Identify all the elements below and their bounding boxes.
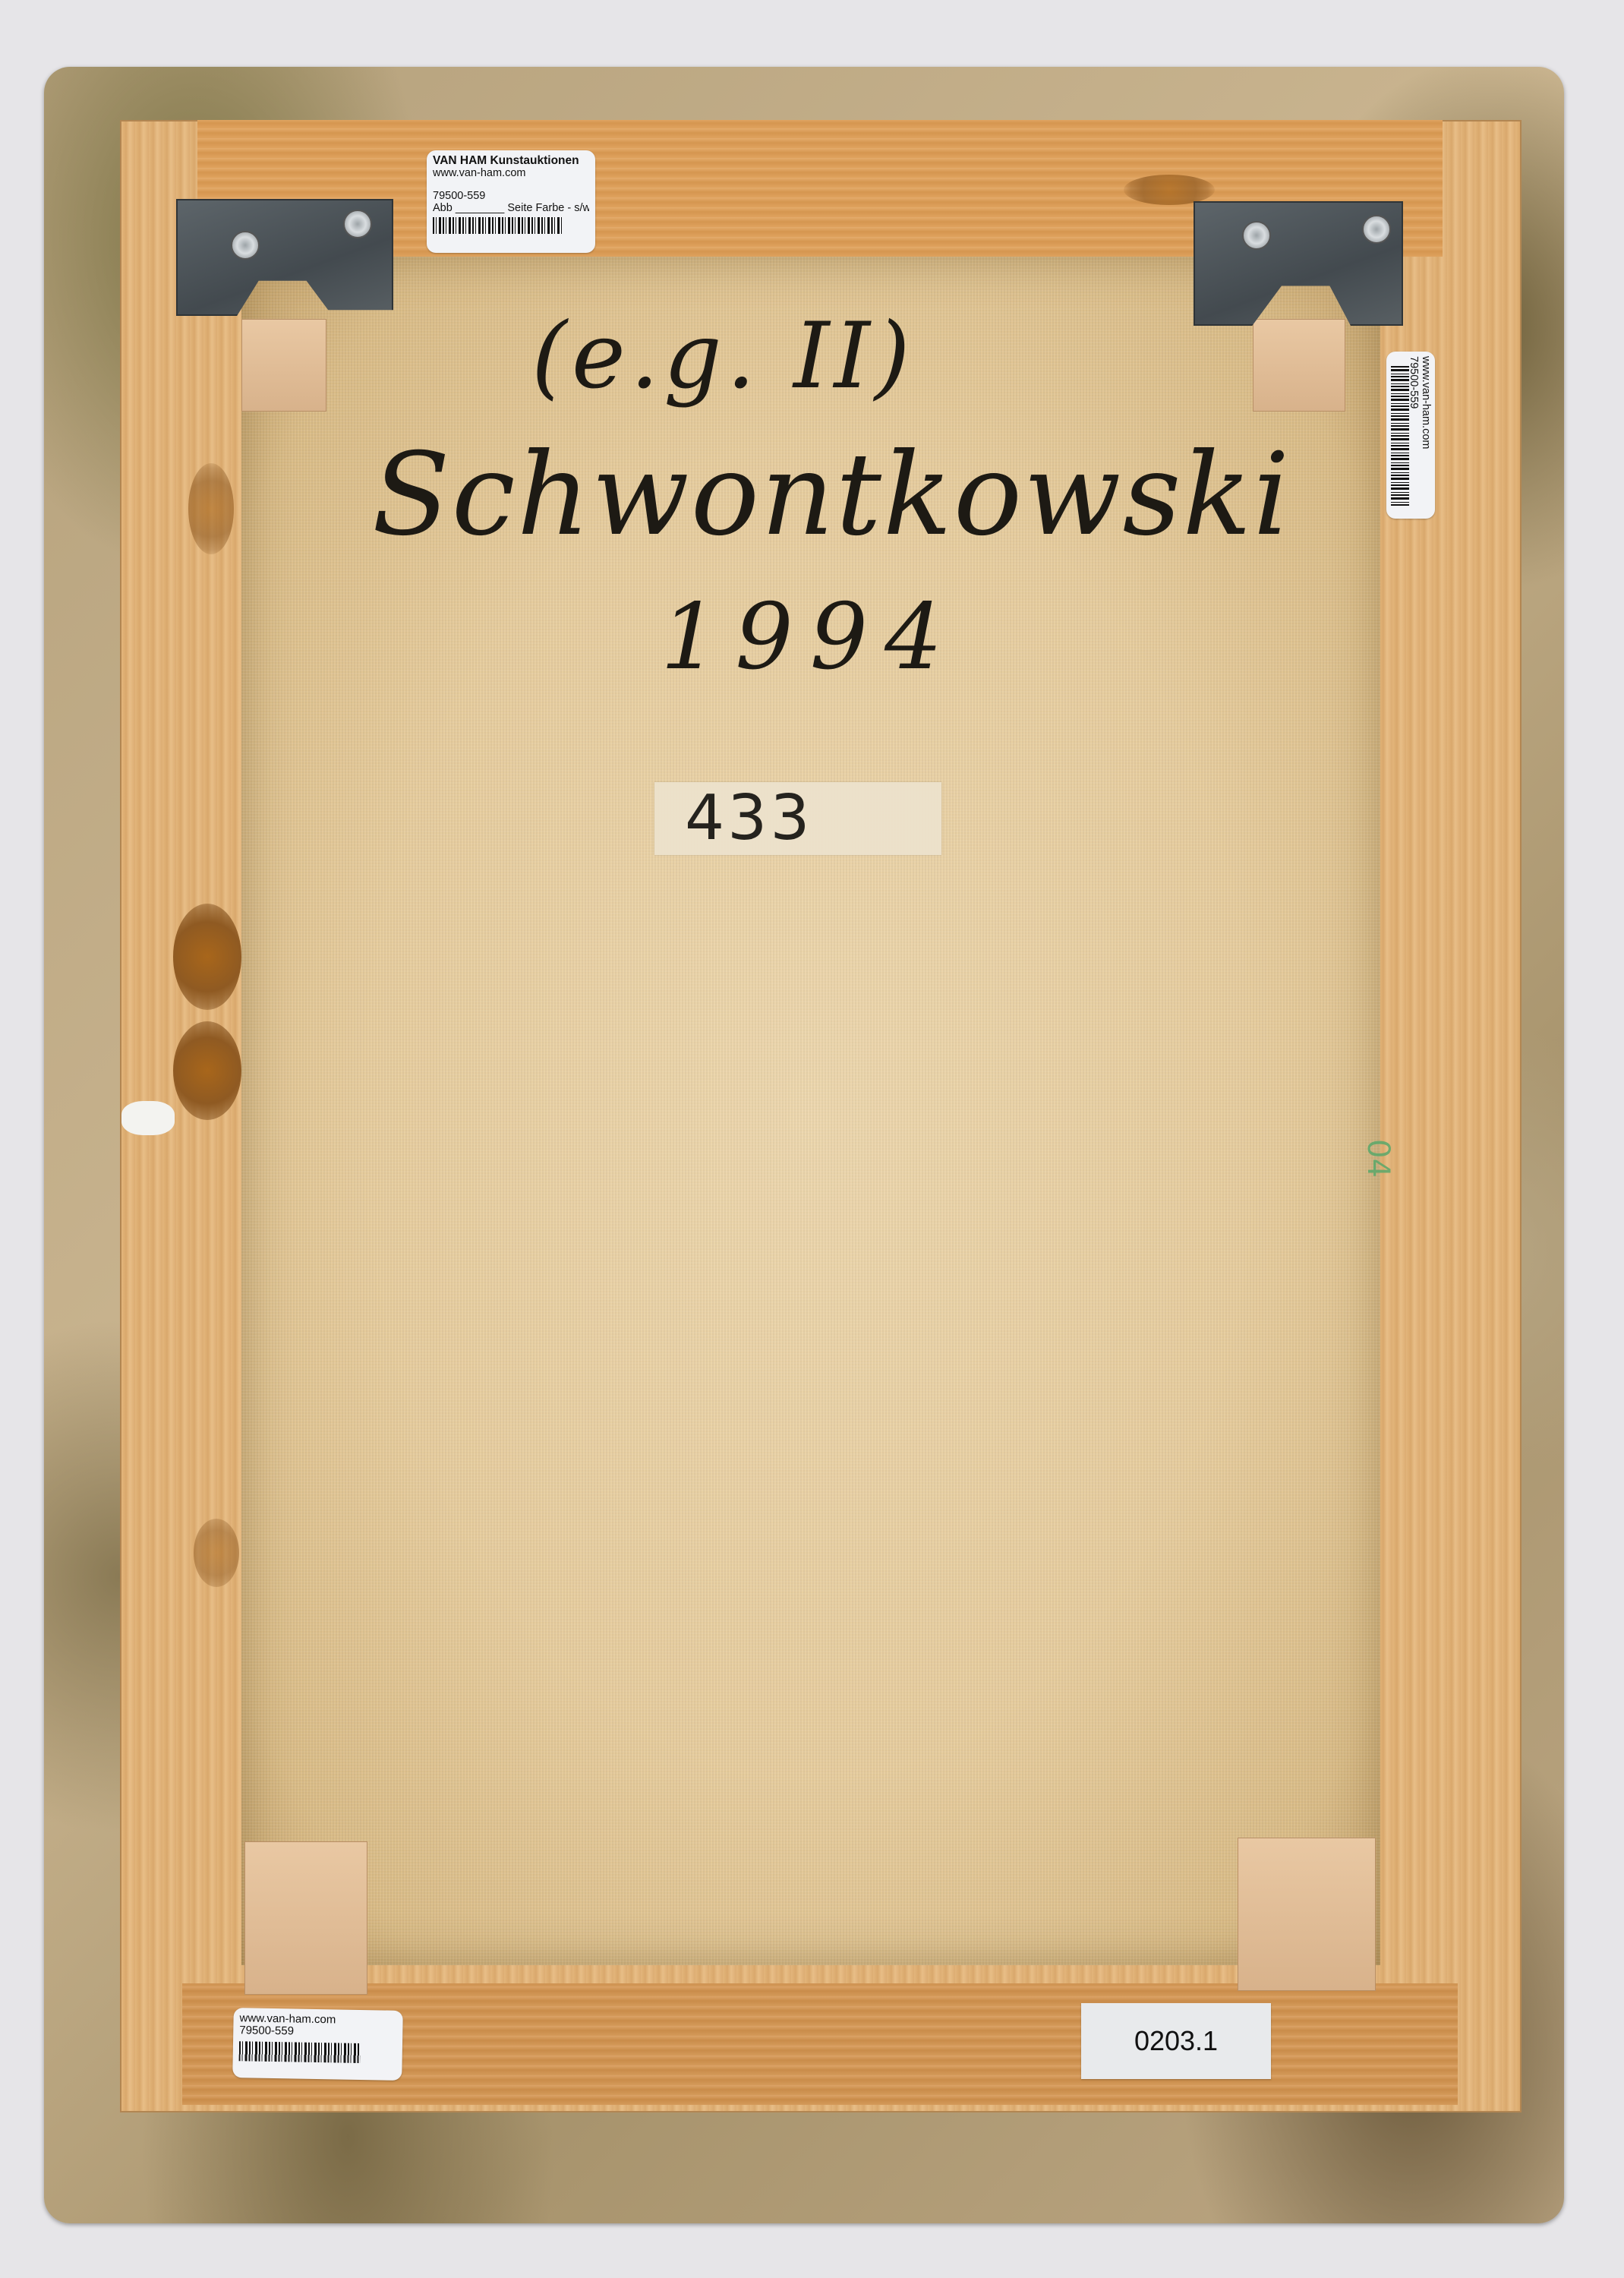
corner-key-top-right [1253,319,1345,412]
corner-key-bottom-left [244,1841,367,1995]
paint-chip [121,1101,175,1135]
corner-key-top-left [241,319,326,412]
lot-id: 79500-559 [1408,356,1420,512]
auction-label-right: www.van-ham.com 79500-559 [1386,352,1435,519]
wood-stain [188,463,234,554]
auction-website: www.van-ham.com [1420,356,1432,512]
tape-label-number: 433 [685,782,813,855]
auction-label-top: VAN HAM Kunstauktionen www.van-ham.com 7… [427,150,595,253]
inscription-year: 1994 [661,585,959,690]
barcode-icon [433,217,562,234]
barcode-icon [239,2041,361,2063]
screw-icon [1242,221,1271,250]
form-line: Abb ________ Seite Farbe - s/w [433,202,589,214]
auction-label-bottom: www.van-ham.com 79500-559 [232,2008,403,2081]
inscription-edition: (e.g. II) [531,304,915,409]
screw-icon [1362,215,1391,244]
corner-key-bottom-right [1238,1838,1376,1991]
lot-id: 79500-559 [433,190,589,202]
lot-id: 79500-559 [239,2024,396,2040]
tape-label: 433 [654,782,941,855]
wood-stain [173,904,241,1010]
wood-stain [194,1519,239,1587]
inscription-signature: Schwontkowski [372,429,1291,561]
screw-icon [343,210,372,238]
inventory-label: 0203.1 [1081,2003,1271,2079]
wood-stain [1124,175,1215,205]
wood-stain [173,1021,241,1120]
barcode-icon [1391,365,1409,506]
screw-icon [231,231,260,260]
auction-website: www.van-ham.com [433,167,589,179]
auction-company: VAN HAM Kunstauktionen [433,155,589,167]
label-right-text: www.van-ham.com 79500-559 [1408,356,1432,512]
pencil-mark: 04 [1361,1139,1395,1178]
